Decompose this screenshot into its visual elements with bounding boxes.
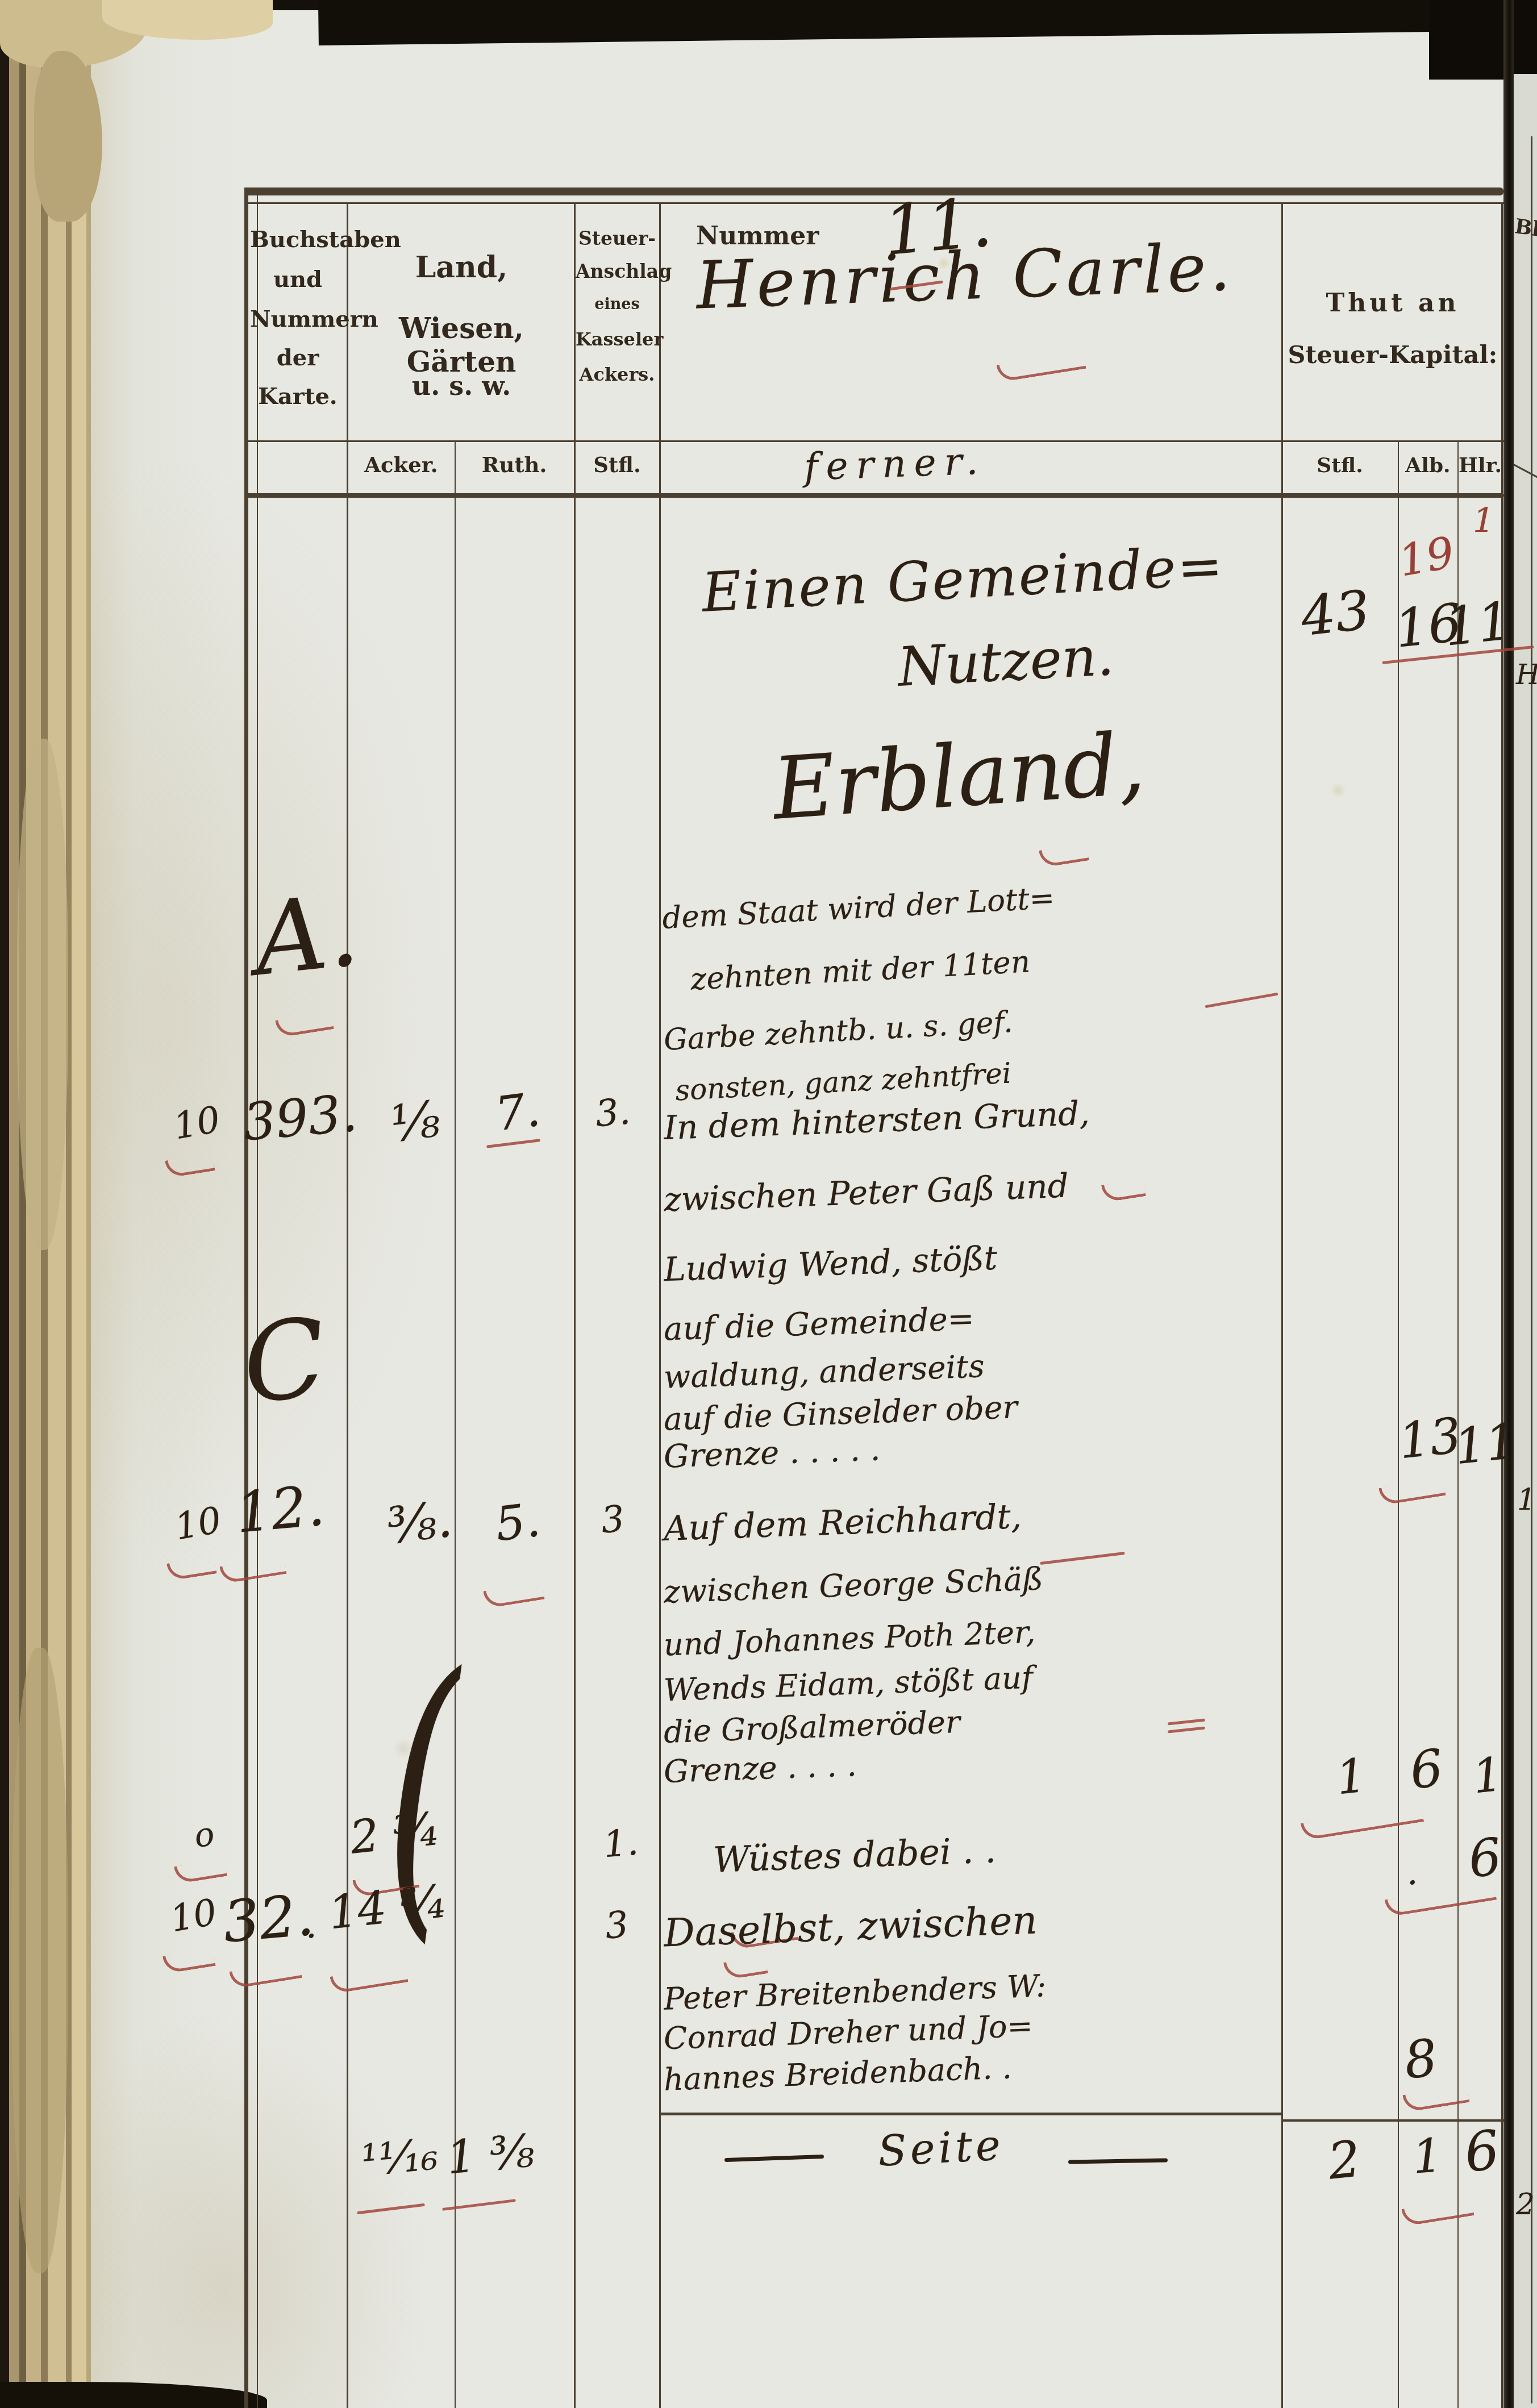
next-page-text-fragment: 2 bbox=[1516, 2188, 1535, 2222]
subheader-stfl2: Stfl. bbox=[1282, 453, 1397, 477]
subheader-hlr: Hlr. bbox=[1458, 453, 1502, 477]
divider-land-anschlag bbox=[574, 202, 576, 2408]
value-alb-dot: . bbox=[1407, 1851, 1418, 1893]
table-rule-top-thin bbox=[244, 202, 1503, 204]
karte-letter: C bbox=[237, 1294, 332, 1428]
paper-stain bbox=[392, 1739, 415, 1758]
table-border-right bbox=[1501, 202, 1503, 2408]
description-line: Grenze . . . . bbox=[663, 1747, 857, 1790]
page-gap-shadow bbox=[1503, 0, 1514, 2408]
value-alb-correction-red: 19 bbox=[1395, 527, 1458, 586]
paper-stain bbox=[1330, 783, 1347, 798]
next-page-sliver: Bl H 1 2 bbox=[1514, 74, 1537, 2408]
value-alb: 6 bbox=[1407, 1738, 1446, 1801]
sum-rule-description bbox=[659, 2113, 1281, 2115]
sum-alb: 1 bbox=[1411, 2128, 1444, 2184]
cell-anschlag: 3. bbox=[594, 1090, 632, 1135]
sum-hlr: 6 bbox=[1461, 2119, 1502, 2185]
scanned-ledger-photo: Bl H 1 2 Buchstaben und Nummern der Kart… bbox=[0, 0, 1537, 2408]
header-karte-line: Nummern bbox=[250, 306, 345, 332]
sum-label: Seite bbox=[877, 2120, 1005, 2176]
next-page-text-fragment: Bl bbox=[1513, 214, 1537, 241]
paper-stain bbox=[936, 257, 951, 269]
table-rule-under-subheader bbox=[244, 493, 1503, 498]
table-border-left-thick bbox=[244, 188, 248, 2408]
value-stfl: 1 bbox=[1334, 1749, 1369, 1806]
scan-background-top-right-corner bbox=[1429, 0, 1537, 80]
subheader-acker: Acker. bbox=[348, 452, 454, 477]
next-page-text-fragment: 1 bbox=[1517, 1483, 1536, 1517]
header-land-line: Wiesen, Gärten bbox=[349, 311, 573, 378]
cell-ruth: 5. bbox=[493, 1493, 543, 1552]
divider-karte bbox=[347, 202, 348, 2408]
cell-anschlag: 3 bbox=[599, 1498, 626, 1542]
header-anschlag-line: Steuer- bbox=[576, 227, 659, 249]
value-hlr: 1 bbox=[1470, 1748, 1505, 1805]
header-anschlag-line: Kasseler bbox=[576, 328, 659, 350]
next-page-table-line bbox=[1531, 136, 1532, 2403]
header-karte-line: Karte. bbox=[250, 383, 345, 410]
thut-an-line: Steuer-Kapital: bbox=[1283, 341, 1502, 369]
cell-acker: ³⁄₈. bbox=[384, 1489, 455, 1555]
subheader-ruth: Ruth. bbox=[456, 452, 573, 477]
value-hlr: 11 bbox=[1442, 590, 1514, 658]
cell-karte-number: 393. bbox=[241, 1083, 360, 1152]
cell-acker: ¹⁄₈ bbox=[388, 1089, 443, 1153]
subheader-alb: Alb. bbox=[1399, 453, 1457, 477]
margin-number: 10 bbox=[172, 1499, 224, 1548]
value-hlr: 6 bbox=[1466, 1827, 1505, 1889]
margin-number: 10 bbox=[170, 1098, 223, 1148]
torn-paper-edge bbox=[17, 739, 68, 1250]
next-page-text-fragment: H bbox=[1516, 659, 1537, 691]
cell-karte-number: 12. bbox=[233, 1473, 327, 1545]
cell-karte-number: 32. bbox=[220, 1881, 316, 1955]
header-karte-line: der bbox=[250, 344, 345, 371]
description-line: Grenze . . . . . bbox=[663, 1431, 881, 1475]
next-page-diagonal-line bbox=[1513, 464, 1537, 481]
sum-stfl: 2 bbox=[1326, 2129, 1363, 2190]
margin-number: 10 bbox=[167, 1891, 220, 1940]
cell-acker-dot: . bbox=[306, 1905, 317, 1946]
header-anschlag-line: eines bbox=[576, 295, 659, 313]
cell-ruth: 7. bbox=[493, 1083, 543, 1142]
subheader-stfl1: Stfl. bbox=[576, 452, 659, 477]
cell-anschlag: 1. bbox=[602, 1821, 640, 1866]
table-border-left-thin bbox=[257, 188, 258, 2408]
karte-letter: A. bbox=[249, 873, 364, 998]
value-hlr-correction-red: 1 bbox=[1473, 501, 1494, 541]
header-land-line: u. s. w. bbox=[349, 370, 573, 401]
thut-an-line: Thut an bbox=[1284, 289, 1501, 318]
torn-paper-edge bbox=[11, 1648, 68, 2273]
value-alb: 8 bbox=[1402, 2028, 1440, 2090]
header-anschlag-line: Anschlag bbox=[576, 260, 659, 282]
cell-anschlag: 3 bbox=[603, 1903, 630, 1947]
sum-acker-fraction: ¹¹⁄₁₆ bbox=[359, 2128, 440, 2185]
header-karte-line: und bbox=[250, 266, 345, 293]
cell-ruth: 2 ³⁄₄ bbox=[348, 1802, 440, 1864]
divider-anschlag-desc bbox=[659, 202, 661, 2408]
value-hlr: 11 bbox=[1452, 1413, 1519, 1476]
table-rule-top-thick bbox=[244, 188, 1503, 195]
header-anschlag-line: Ackers. bbox=[576, 364, 659, 385]
sum-ruth-fraction: 1 ³⁄₈ bbox=[444, 2124, 536, 2184]
divider-desc-money bbox=[1281, 202, 1283, 2408]
header-karte-line: Buchstaben bbox=[250, 226, 345, 253]
entry-gemeinde-line: Nutzen. bbox=[896, 625, 1115, 699]
header-land-line: Land, bbox=[349, 250, 573, 285]
divider-acker-ruth bbox=[455, 440, 456, 2408]
table-rule-under-header bbox=[244, 440, 1503, 442]
value-stfl: 43 bbox=[1298, 579, 1373, 648]
